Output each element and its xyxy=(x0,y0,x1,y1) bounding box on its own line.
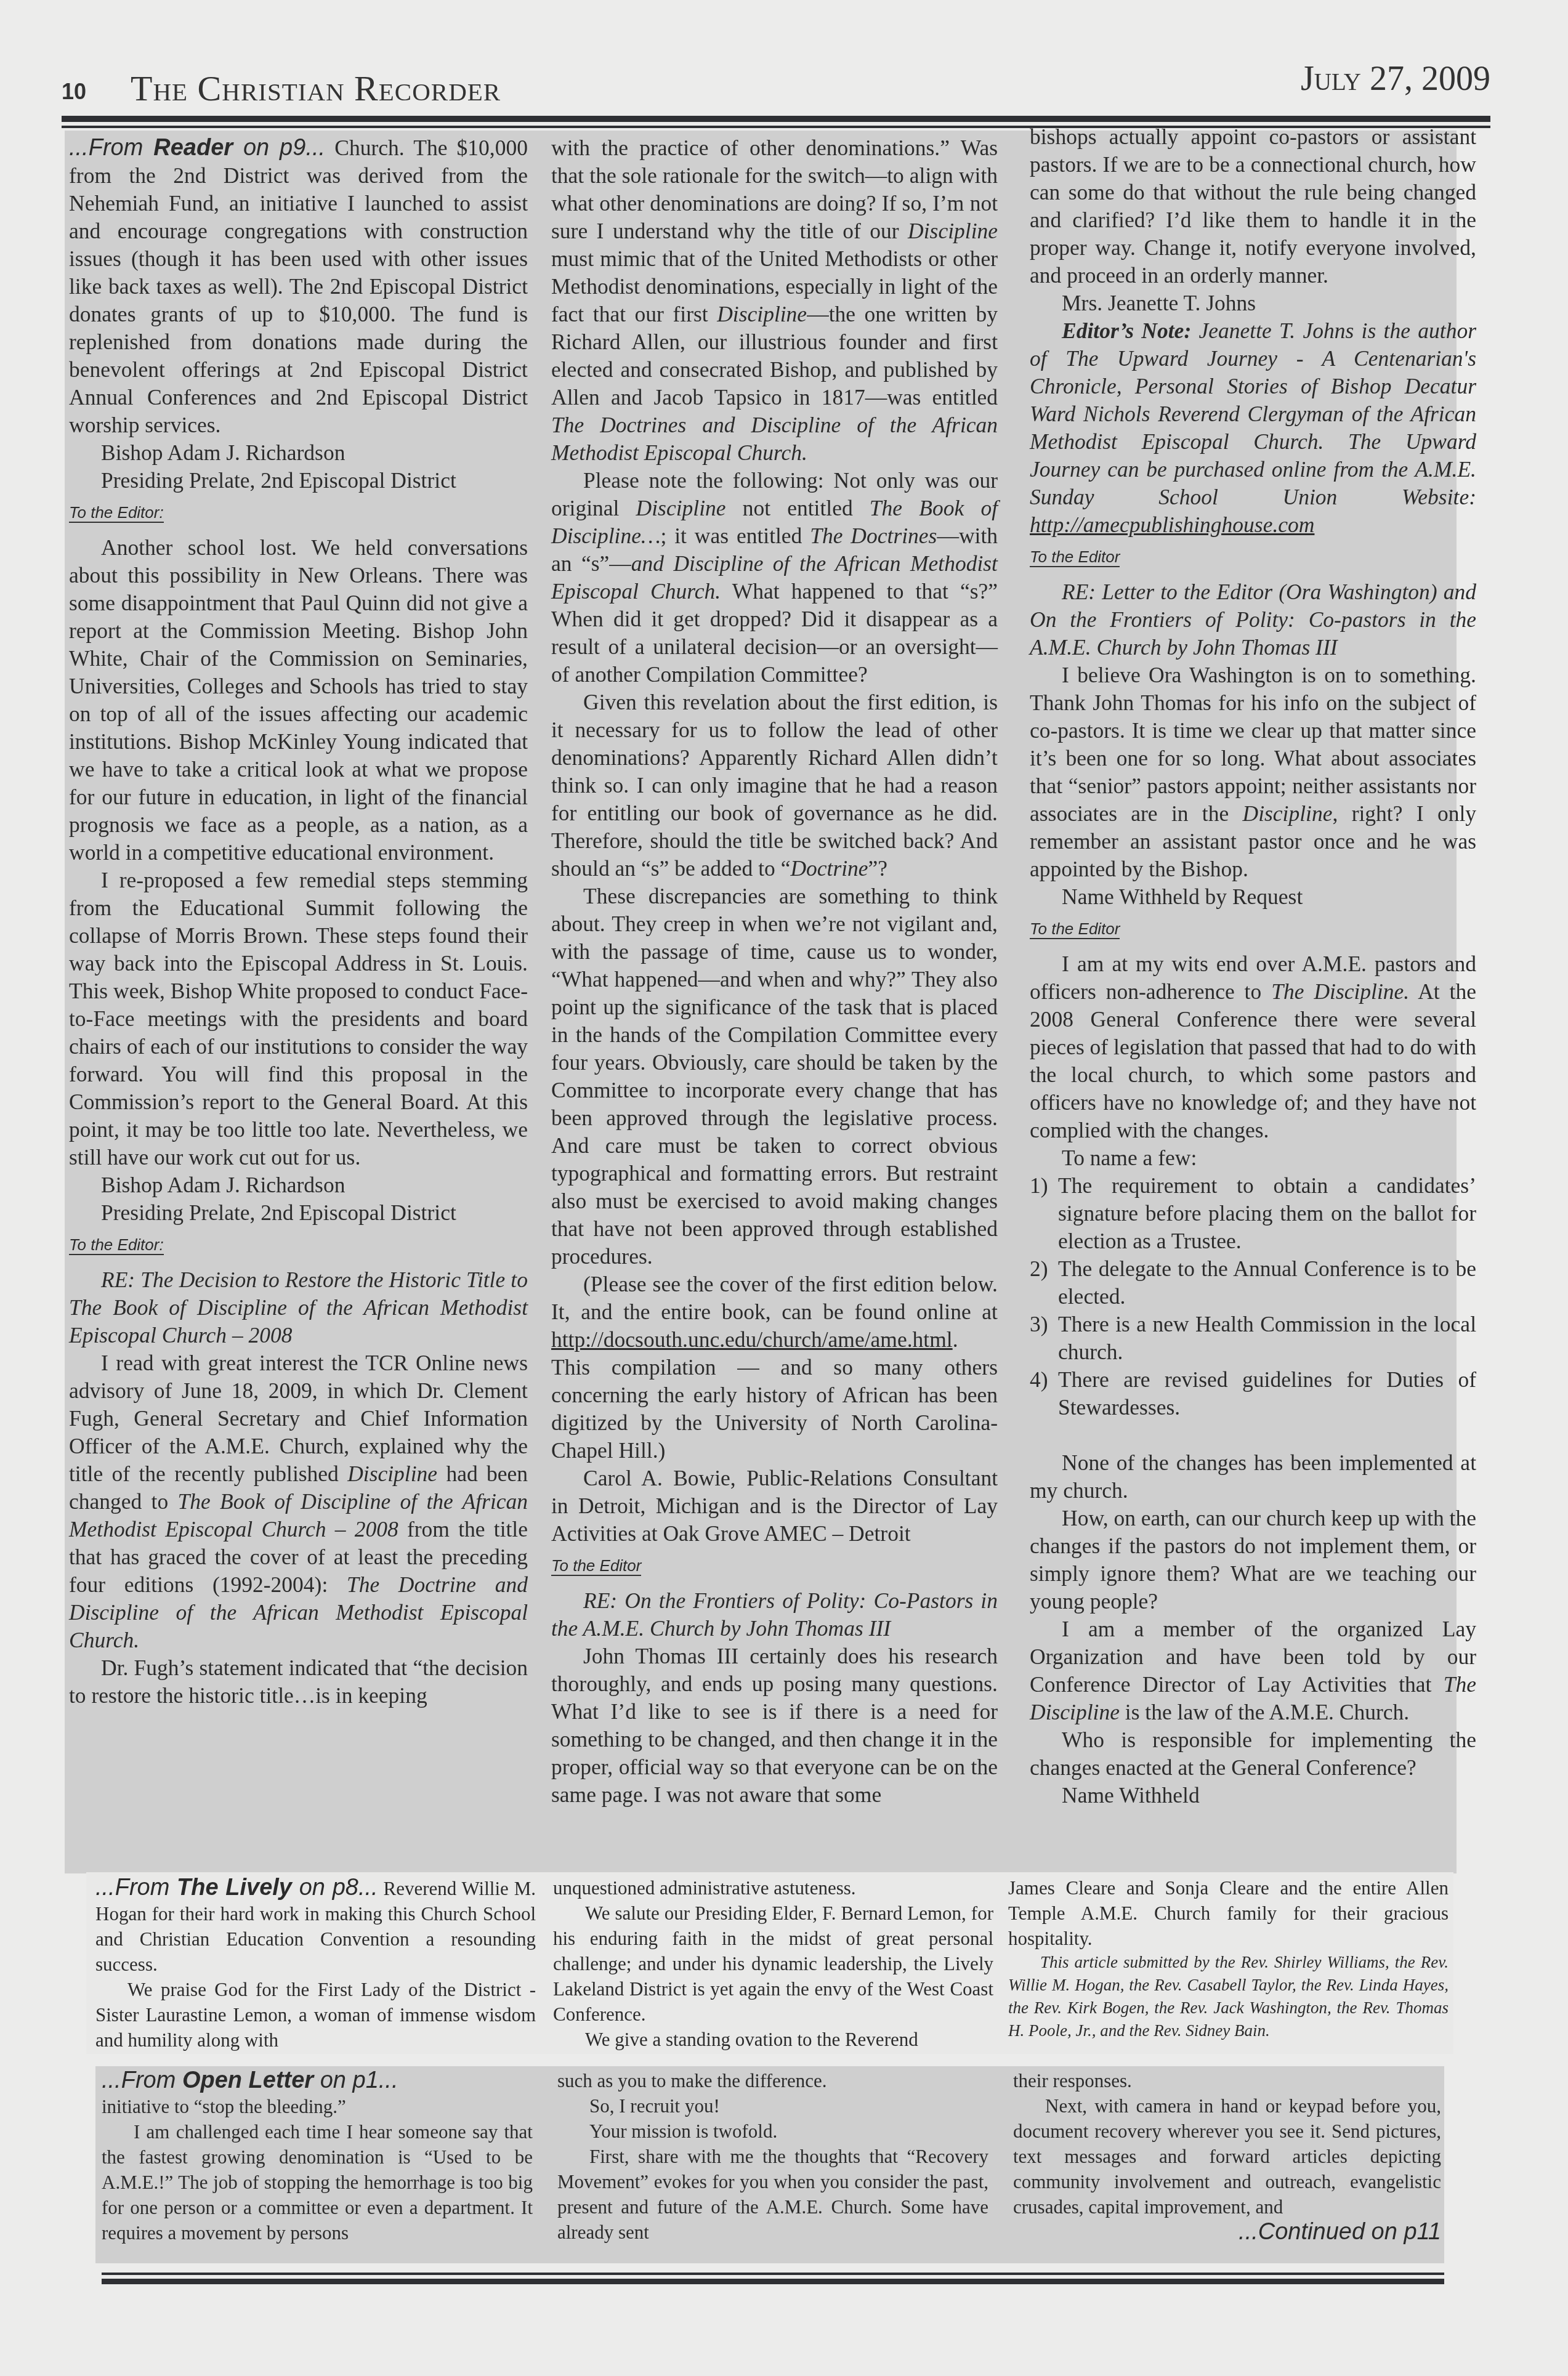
letter-paragraph: Dr. Fugh’s statement indicated that “the… xyxy=(69,1654,528,1710)
to-the-editor-label: To the Editor xyxy=(1030,548,1120,567)
open-letter-column-1: ...From Open Letter on p1... initiative … xyxy=(102,2068,533,2245)
signature-name: Bishop Adam J. Richardson xyxy=(69,1171,528,1199)
article-paragraph: We praise God for the First Lady of the … xyxy=(95,1977,536,2053)
jump-head: ...From Open Letter on p1... xyxy=(102,2068,533,2094)
article-paragraph: We give a standing ovation to the Revere… xyxy=(553,2027,993,2052)
letter-subject: RE: On the Frontiers of Polity: Co-Pasto… xyxy=(551,1587,998,1643)
page-number: 10 xyxy=(62,79,86,105)
to-the-editor-label: To the Editor: xyxy=(69,1235,164,1255)
letter-continuation: ...From Reader on p9... Church. The $10,… xyxy=(69,134,528,439)
letter-paragraph: I believe Ora Washington is on to someth… xyxy=(1030,661,1476,883)
masthead: 10 The Christian Recorder July 27, 2009 xyxy=(62,68,1490,117)
list-item: 1)The requirement to obtain a candidates… xyxy=(1030,1172,1476,1255)
list-item: 3)There is a new Health Commission in th… xyxy=(1030,1311,1476,1366)
to-the-editor-label: To the Editor xyxy=(1030,919,1120,939)
letter-paragraph: bishops actually appoint co-pastors or a… xyxy=(1030,123,1476,289)
signature-name: Name Withheld by Request xyxy=(1030,883,1476,911)
letter-paragraph: These discrepancies are something to thi… xyxy=(551,883,998,1271)
letter-paragraph: I read with great interest the TCR Onlin… xyxy=(69,1349,528,1654)
author-byline: Carol A. Bowie, Public-Relations Consult… xyxy=(551,1465,998,1548)
article-paragraph: initiative to “stop the bleeding.” xyxy=(102,2094,533,2119)
letters-column-2: with the practice of other denominations… xyxy=(551,134,998,1809)
jump-head: ...From Reader on p9... xyxy=(69,135,325,161)
article-paragraph: such as you to make the difference. xyxy=(557,2068,988,2093)
article-paragraph: First, share with me the thoughts that “… xyxy=(557,2144,988,2245)
signature-name: Name Withheld xyxy=(1030,1782,1476,1809)
letter-paragraph: Another school lost. We held conversatio… xyxy=(69,534,528,867)
to-the-editor-label: To the Editor: xyxy=(69,503,164,523)
letter-paragraph: None of the changes has been implemented… xyxy=(1030,1449,1476,1505)
amec-publishing-link[interactable]: http://amecpublishinghouse.com xyxy=(1030,512,1314,537)
article-paragraph: We salute our Presiding Elder, F. Bernar… xyxy=(553,1901,993,2027)
footer-rule-thick xyxy=(102,2279,1444,2284)
letter-paragraph: (Please see the cover of the first editi… xyxy=(551,1271,998,1465)
newspaper-title: The Christian Recorder xyxy=(131,68,501,109)
letter-paragraph: Given this revelation about the first ed… xyxy=(551,689,998,883)
open-letter-column-3: their responses. Next, with camera in ha… xyxy=(1013,2068,1441,2245)
letter-subject: RE: The Decision to Restore the Historic… xyxy=(69,1266,528,1349)
lively-column-3: James Cleare and Sonja Cleare and the en… xyxy=(1008,1875,1449,2042)
letters-column-1: ...From Reader on p9... Church. The $10,… xyxy=(69,134,528,1710)
article-paragraph: unquestioned administrative astuteness. xyxy=(553,1875,993,1901)
continued-on-link[interactable]: ...Continued on p11 xyxy=(1239,2220,1441,2245)
signature-title: Presiding Prelate, 2nd Episcopal Distric… xyxy=(69,467,528,495)
article-paragraph: I am challenged each time I hear someone… xyxy=(102,2119,533,2245)
letter-paragraph: To name a few: xyxy=(1030,1144,1476,1172)
letter-paragraph: John Thomas III certainly does his resea… xyxy=(551,1643,998,1809)
letter-subject: RE: Letter to the Editor (Ora Washington… xyxy=(1030,578,1476,661)
changes-list: 1)The requirement to obtain a candidates… xyxy=(1030,1172,1476,1421)
letter-paragraph: I am a member of the organized Lay Organ… xyxy=(1030,1615,1476,1726)
article-paragraph: James Cleare and Sonja Cleare and the en… xyxy=(1008,1875,1449,1951)
signature-title: Presiding Prelate, 2nd Episcopal Distric… xyxy=(69,1199,528,1227)
docsouth-link[interactable]: http://docsouth.unc.edu/church/ame/ame.h… xyxy=(551,1327,953,1352)
letter-paragraph: I re-proposed a few remedial steps stemm… xyxy=(69,867,528,1171)
signature-name: Mrs. Jeanette T. Johns xyxy=(1030,289,1476,317)
jump-head: ...From The Lively on p8... xyxy=(95,1875,378,1901)
lively-column-1: ...From The Lively on p8... Reverend Wil… xyxy=(95,1875,536,2053)
editors-note: Editor’s Note: Jeanette T. Johns is the … xyxy=(1030,317,1476,539)
article-credit: This article submitted by the Rev. Shirl… xyxy=(1008,1951,1449,2042)
footer-rule-thin xyxy=(102,2273,1444,2275)
header-rule-thick xyxy=(62,116,1490,122)
letter-paragraph: Please note the following: Not only was … xyxy=(551,467,998,689)
article-paragraph: Your mission is twofold. xyxy=(557,2119,988,2144)
article-paragraph: So, I recruit you! xyxy=(557,2093,988,2119)
letter-paragraph: I am at my wits end over A.M.E. pastors … xyxy=(1030,950,1476,1144)
list-item: 2)The delegate to the Annual Conference … xyxy=(1030,1255,1476,1311)
to-the-editor-label: To the Editor xyxy=(551,1556,641,1576)
letter-paragraph: with the practice of other denominations… xyxy=(551,134,998,467)
signature-name: Bishop Adam J. Richardson xyxy=(69,439,528,467)
letters-column-3: bishops actually appoint co-pastors or a… xyxy=(1030,123,1476,1809)
article-paragraph: ...From The Lively on p8... Reverend Wil… xyxy=(95,1875,536,1977)
letter-paragraph: Who is responsible for implementing the … xyxy=(1030,1726,1476,1782)
lively-column-2: unquestioned administrative astuteness. … xyxy=(553,1875,993,2052)
article-paragraph: their responses. xyxy=(1013,2068,1441,2093)
article-paragraph: Next, with camera in hand or keypad befo… xyxy=(1013,2093,1441,2220)
letter-paragraph: How, on earth, can our church keep up wi… xyxy=(1030,1505,1476,1615)
open-letter-column-2: such as you to make the difference. So, … xyxy=(557,2068,988,2245)
issue-date: July 27, 2009 xyxy=(1301,59,1490,99)
list-item: 4)There are revised guidelines for Dutie… xyxy=(1030,1366,1476,1421)
